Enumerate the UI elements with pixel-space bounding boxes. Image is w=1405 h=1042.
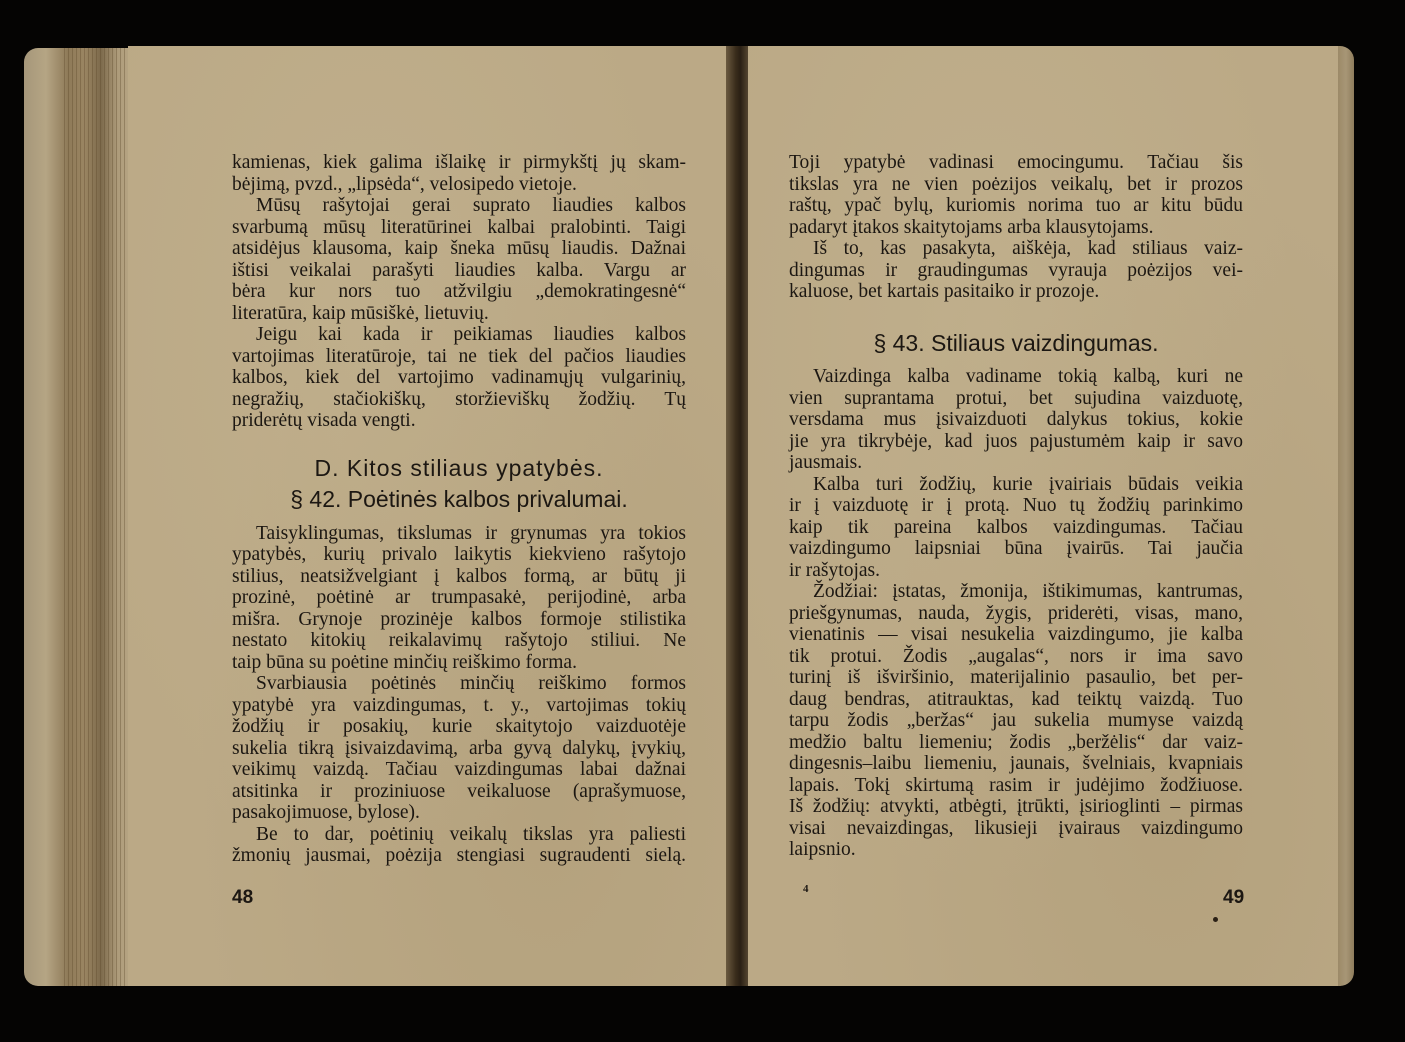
paragraph: Iš to, kas pasakyta, aiškėja, kad stilia… <box>789 238 1243 303</box>
text-line: kalbos, kiek del vartojimo vadinamųjų vu… <box>232 367 686 389</box>
text-line: medžio baltu liemeniu; žodis „beržėlis“ … <box>789 732 1243 754</box>
text-line: literatūra, kaip mūsiškė, lietuvių. <box>232 303 686 325</box>
text-line: Žodžiai: įstatas, žmonija, ištikimumas, … <box>789 581 1243 603</box>
text-line: Be to dar, poėtinių veikalų tikslas yra … <box>232 824 686 846</box>
text-line: turinį iš išviršinio, materijalinio pasa… <box>789 667 1243 689</box>
text-line: Toji ypatybė vadinasi emocingumu. Tačiau… <box>789 152 1243 174</box>
text-line: taip būna su poėtine minčių reiškimo for… <box>232 652 686 674</box>
text-line: atsidėjus klausoma, kaip šneka mūsų liau… <box>232 238 686 260</box>
text-line: Taisyklingumas, tikslumas ir grynumas yr… <box>232 523 686 545</box>
text-line: ištisi veikalai parašyti liaudies kalba.… <box>232 260 686 282</box>
text-line: bėjimą, pvzd., „lipsėda“, velosipedo vie… <box>232 174 686 196</box>
text-line: padaryt įtakos skaitytojams arba klausyt… <box>789 217 1243 239</box>
left-page-text: kamienas, kiek galima išlaikę ir pirmykš… <box>232 152 686 867</box>
text-line: vaizdingumo laipsniai būna įvairūs. Tai … <box>789 538 1243 560</box>
section-heading: D. Kitos stiliaus ypatybės. <box>232 458 686 480</box>
open-book: kamienas, kiek galima išlaikę ir pirmykš… <box>0 0 1405 1042</box>
text-line: ir į vaizduotę ir į protą. Nuo tų žodžių… <box>789 495 1243 517</box>
text-line: daug bendras, atitrauktas, kad teiktų va… <box>789 689 1243 711</box>
book-gutter <box>726 46 750 986</box>
text-line: ir rašytojas. <box>789 560 1243 582</box>
text-line: vartojimas literatūroje, tai ne tiek del… <box>232 346 686 368</box>
text-line: Iš to, kas pasakyta, aiškėja, kad stilia… <box>789 238 1243 260</box>
text-line: versdama mus įsivaizduoti dalykus tokius… <box>789 409 1243 431</box>
paragraph: Be to dar, poėtinių veikalų tikslas yra … <box>232 824 686 867</box>
text-line: tikslas yra ne vien poėzijos veikalų, be… <box>789 174 1243 196</box>
text-line: raštų, ypač bylų, kuriomis norima tuo ar… <box>789 195 1243 217</box>
text-line: prozinė, poėtinė ar trumpasakė, perijodi… <box>232 587 686 609</box>
text-line: vienatinis — visai nesukelia vaizdingumo… <box>789 624 1243 646</box>
text-line: jausmais. <box>789 452 1243 474</box>
text-line: Kalba turi žodžių, kurie įvairiais būdai… <box>789 474 1243 496</box>
ink-spot <box>1213 917 1218 922</box>
text-line: tarpu žodis „beržas“ jau sukelia mumyse … <box>789 710 1243 732</box>
page-stack-left-edge <box>24 48 134 986</box>
text-line: sukelia tikrą įsivaizdavimą, arba gyvą d… <box>232 738 686 760</box>
page-number-left: 48 <box>232 887 253 909</box>
text-line: pasakojimuose, bylose). <box>232 802 686 824</box>
text-line: priderėtų visada vengti. <box>232 410 686 432</box>
text-line: lapais. Tokį skirtumą rasim ir judėjimo … <box>789 775 1243 797</box>
text-line: mišra. Grynoje prozinėje kalbos formoje … <box>232 609 686 631</box>
text-line: Jeigu kai kada ir peikiamas liaudies kal… <box>232 324 686 346</box>
text-line: visai nevaizdingas, likusieji įvairaus v… <box>789 818 1243 840</box>
paragraph: Kalba turi žodžių, kurie įvairiais būdai… <box>789 474 1243 582</box>
text-line: negražių, stačiokiškų, storžieviškų žodž… <box>232 389 686 411</box>
text-line: laipsnio. <box>789 839 1243 861</box>
paragraph-heading: § 43. Stiliaus vaizdingumas. <box>789 333 1243 355</box>
paragraph: Jeigu kai kada ir peikiamas liaudies kal… <box>232 324 686 432</box>
text-line: svarbumą mūsų literatūrinei kalbai pralo… <box>232 217 686 239</box>
text-line: vien suprantama protui, bet sujudina vai… <box>789 388 1243 410</box>
paragraph: Žodžiai: įstatas, žmonija, ištikimumas, … <box>789 581 1243 861</box>
paragraph: kamienas, kiek galima išlaikę ir pirmykš… <box>232 152 686 195</box>
text-line: veikimų vaizdą. Tačiau vaizdingumas laba… <box>232 759 686 781</box>
paragraph: Mūsų rašytojai gerai suprato liaudies ka… <box>232 195 686 324</box>
paragraph-heading: § 42. Poėtinės kalbos privalumai. <box>232 489 686 511</box>
paragraph: Toji ypatybė vadinasi emocingumu. Tačiau… <box>789 152 1243 238</box>
page-number-right: 49 <box>1223 887 1244 909</box>
text-line: žodžių ir posakių, kurie skaitytojo vaiz… <box>232 716 686 738</box>
paragraph: Vaizdinga kalba vadiname tokią kalbą, ku… <box>789 366 1243 474</box>
text-line: nestato kitokių reikalavimų rašytojo sti… <box>232 630 686 652</box>
text-line: Iš žodžių: atvykti, atbėgti, įtrūkti, įs… <box>789 796 1243 818</box>
text-line: kaluose, bet kartais pasitaiko ir prozoj… <box>789 281 1243 303</box>
text-line: dingesnis–laibu liemeniu, jaunais, šveln… <box>789 753 1243 775</box>
page-stack-right-edge <box>1338 46 1354 986</box>
text-line: ypatybės, kurių privalo laikytis kiekvie… <box>232 544 686 566</box>
paragraph: Taisyklingumas, tikslumas ir grynumas yr… <box>232 523 686 674</box>
text-line: kaip tik pareina kalbos vaizdingumas. Ta… <box>789 517 1243 539</box>
text-line: Mūsų rašytojai gerai suprato liaudies ka… <box>232 195 686 217</box>
text-line: stilius, neatsižvelgiant į kalbos formą,… <box>232 566 686 588</box>
text-line: kamienas, kiek galima išlaikę ir pirmykš… <box>232 152 686 174</box>
text-line: dingumas ir graudingumas vyrauja poėzijo… <box>789 260 1243 282</box>
text-line: priešgynumas, nauda, žygis, priderėti, v… <box>789 603 1243 625</box>
text-line: Vaizdinga kalba vadiname tokią kalbą, ku… <box>789 366 1243 388</box>
right-page-text: Toji ypatybė vadinasi emocingumu. Tačiau… <box>789 152 1243 861</box>
text-line: bėra kur nors tuo atžvilgiu „demokrating… <box>232 281 686 303</box>
text-line: jie yra tikrybėje, kad juos pajustumėm k… <box>789 431 1243 453</box>
text-line: Svarbiausia poėtinės minčių reiškimo for… <box>232 673 686 695</box>
printer-signature-mark: 4 <box>803 883 809 895</box>
text-line: žmonių jausmai, poėzija stengiasi sugrau… <box>232 845 686 867</box>
paragraph: Svarbiausia poėtinės minčių reiškimo for… <box>232 673 686 824</box>
text-line: ypatybė yra vaizdingumas, t. y., vartoji… <box>232 695 686 717</box>
text-line: atsitinka ir proziniuose veikaluose (apr… <box>232 781 686 803</box>
text-line: tik protui. Žodis „augalas“, nors ir ima… <box>789 646 1243 668</box>
